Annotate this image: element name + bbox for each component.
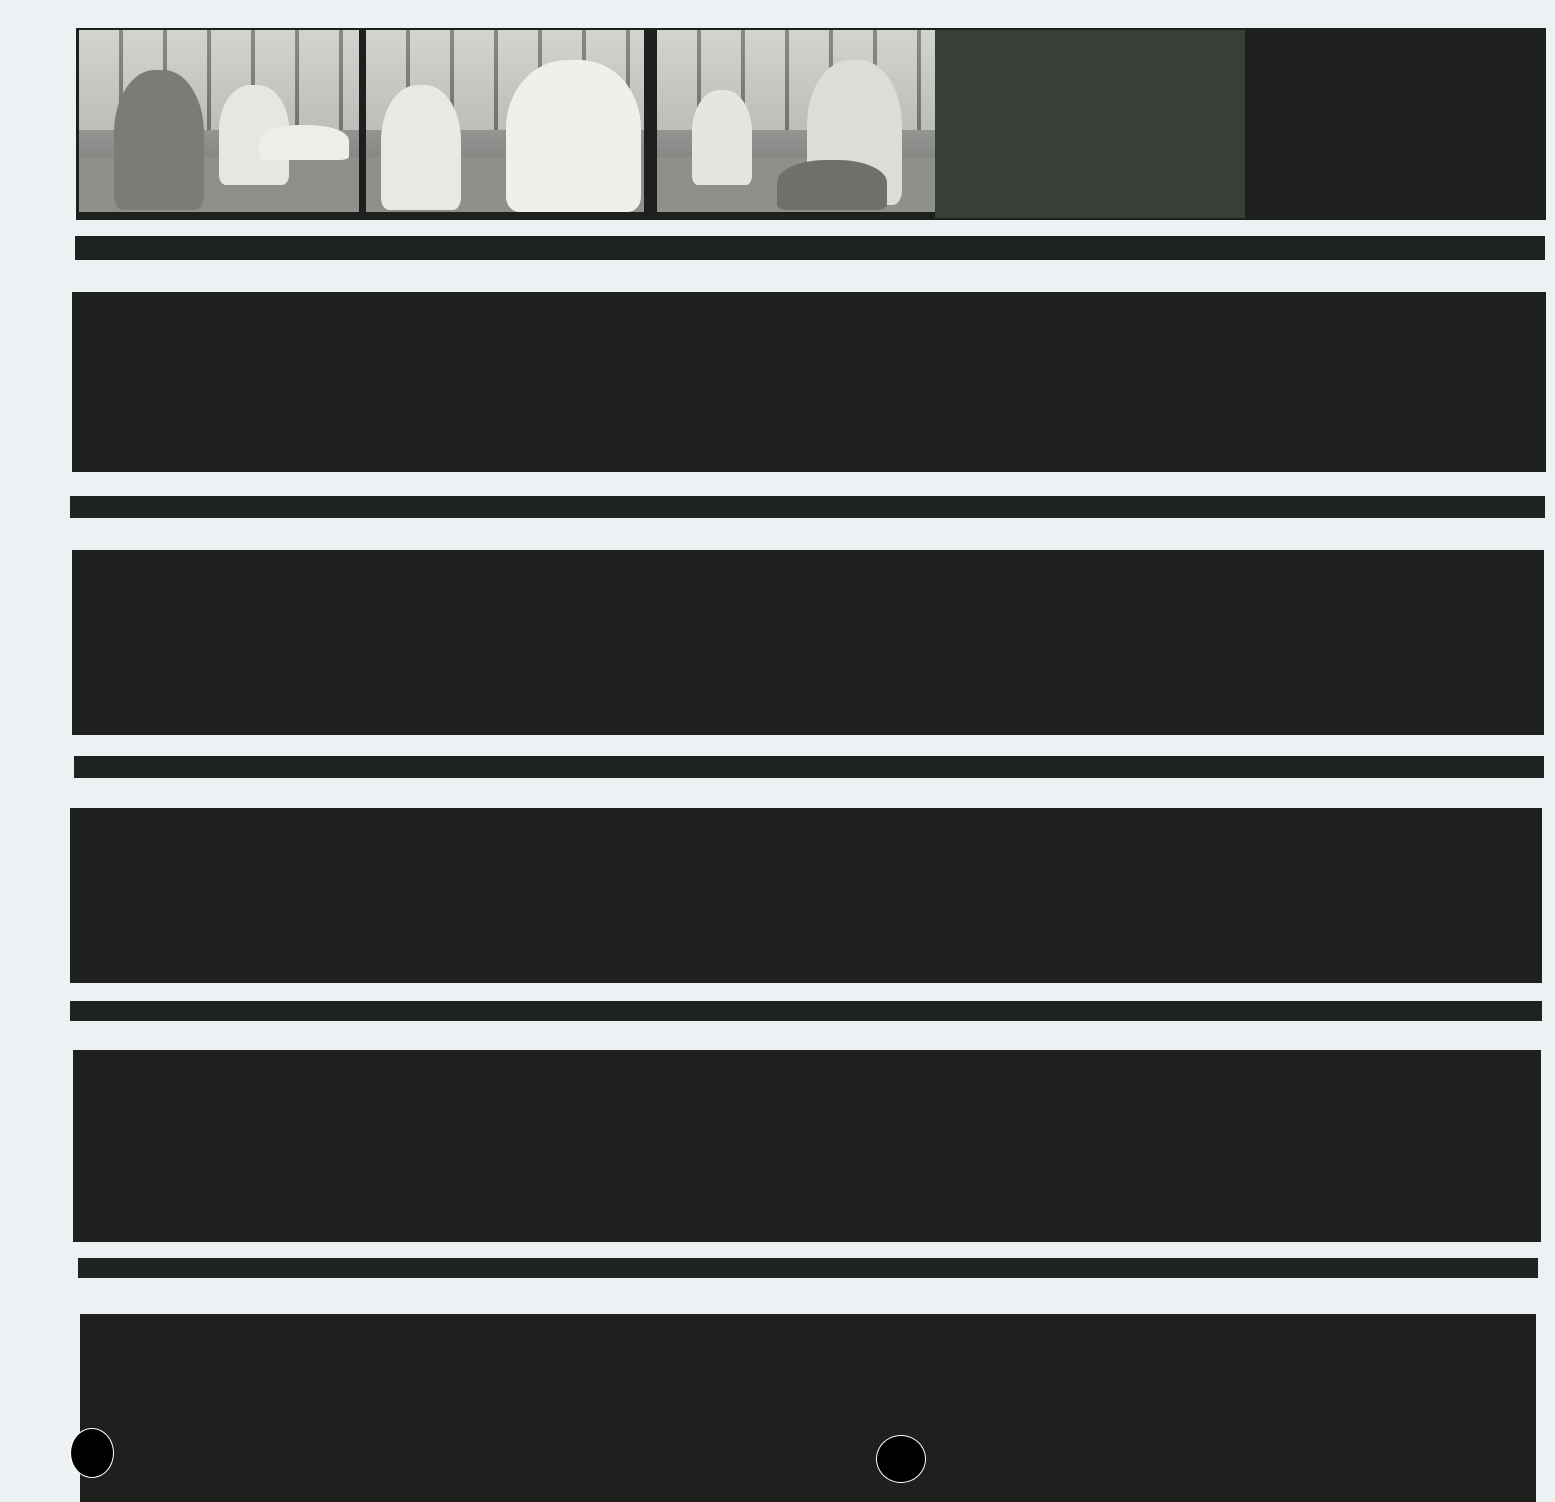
unexposed-frame xyxy=(935,30,1245,218)
film-strip-edge-5 xyxy=(78,1258,1538,1278)
film-strip-edge-2 xyxy=(70,496,1545,518)
film-strip-4 xyxy=(70,808,1542,983)
film-strip-edge-3 xyxy=(74,756,1544,778)
punch-hole xyxy=(70,1428,114,1478)
film-strip-6 xyxy=(80,1314,1536,1502)
film-strip-5 xyxy=(73,1050,1541,1242)
film-frame-2 xyxy=(366,30,644,212)
film-frame-1 xyxy=(79,30,359,212)
film-strip-3 xyxy=(72,550,1544,735)
film-strip-edge-4 xyxy=(70,1001,1542,1021)
film-strip-edge-1 xyxy=(75,236,1545,260)
film-frame-3 xyxy=(657,30,935,212)
film-strip-2 xyxy=(72,292,1546,472)
punch-hole xyxy=(876,1435,926,1483)
